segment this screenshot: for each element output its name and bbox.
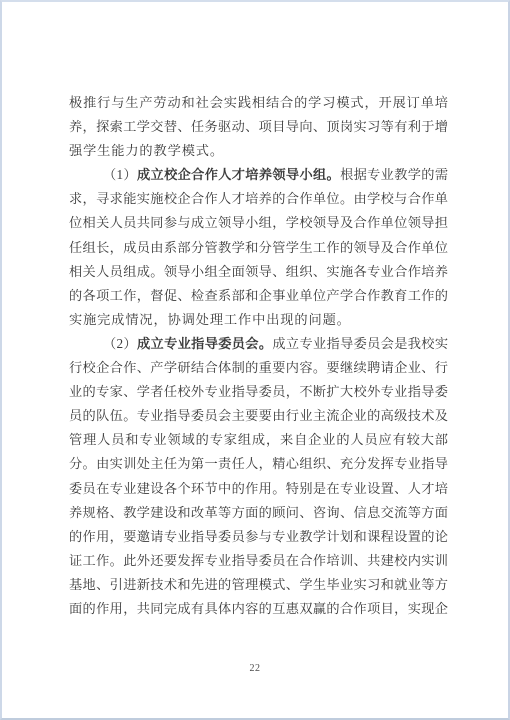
- text-line: 基地、引进新技术和先进的管理模式、学生毕业实习和就业等方: [69, 573, 448, 597]
- text-line: 分。由实训处主任为第一责任人，精心组织、充分发挥专业指导: [69, 452, 448, 476]
- text-line: 面的作用，共同完成有具体内容的互惠双赢的合作项目，实现企: [69, 597, 448, 621]
- body-text: 根据专业教学的需: [340, 167, 448, 182]
- text-line: 养，探索工学交替、任务驱动、项目导向、顶岗实习等有利于增: [69, 115, 448, 139]
- text-line: 员的队伍。专业指导委员会主要要由行业主流企业的高级技术及: [69, 404, 448, 428]
- text-line: 行校企合作、产学研结合体制的重要内容。要继续聘请企业、行: [69, 356, 448, 380]
- text-line: 任组长，成员由系部分管教学和分管学生工作的领导及合作单位: [69, 236, 448, 260]
- body-text: 成立专业指导委员会是我校实: [272, 336, 448, 351]
- document-page: 极推行与生产劳动和社会实践相结合的学习模式，开展订单培 养，探索工学交替、任务驱…: [0, 0, 510, 720]
- text-line: 位相关人员共同参与成立领导小组，学校领导及合作单位领导担: [69, 211, 448, 235]
- heading-text: 成立专业指导委员会。: [137, 336, 272, 351]
- text-line: 业的专家、学者任校外专业指导委员，不断扩大校外专业指导委: [69, 380, 448, 404]
- text-line: 极推行与生产劳动和社会实践相结合的学习模式，开展订单培: [69, 91, 448, 115]
- list-number: （1）: [103, 167, 137, 182]
- paragraph-heading-line-2: （2）成立专业指导委员会。成立专业指导委员会是我校实: [69, 332, 448, 356]
- text-line: 养规格、教学建设和改革等方面的顾问、咨询、信息交流等方面: [69, 501, 448, 525]
- list-number: （2）: [103, 336, 137, 351]
- text-line: 委员在专业建设各个环节中的作用。特别是在专业设置、人才培: [69, 477, 448, 501]
- document-text-block: 极推行与生产劳动和社会实践相结合的学习模式，开展订单培 养，探索工学交替、任务驱…: [69, 91, 448, 621]
- text-line: 证工作。此外还要发挥专业指导委员在合作培训、共建校内实训: [69, 549, 448, 573]
- text-line: 求，寻求能实施校企合作人才培养的合作单位。由学校与合作单: [69, 187, 448, 211]
- text-line: 的各项工作，督促、检查系部和企事业单位产学合作教育工作的: [69, 284, 448, 308]
- text-line: 相关人员组成。领导小组全面领导、组织、实施各专业合作培养: [69, 260, 448, 284]
- heading-text: 成立校企合作人才培养领导小组。: [137, 167, 340, 182]
- text-line: 管理人员和专业领域的专家组成，来自企业的人员应有较大部: [69, 428, 448, 452]
- text-line: 的作用，要邀请专业指导委员参与专业教学计划和课程设置的论: [69, 525, 448, 549]
- text-line-paragraph-end: 实施完成情况，协调处理工作中出现的问题。: [69, 308, 448, 332]
- paragraph-heading-line-1: （1）成立校企合作人才培养领导小组。根据专业教学的需: [69, 163, 448, 187]
- text-line-paragraph-end: 强学生能力的教学模式。: [69, 139, 448, 163]
- page-number: 22: [2, 662, 508, 676]
